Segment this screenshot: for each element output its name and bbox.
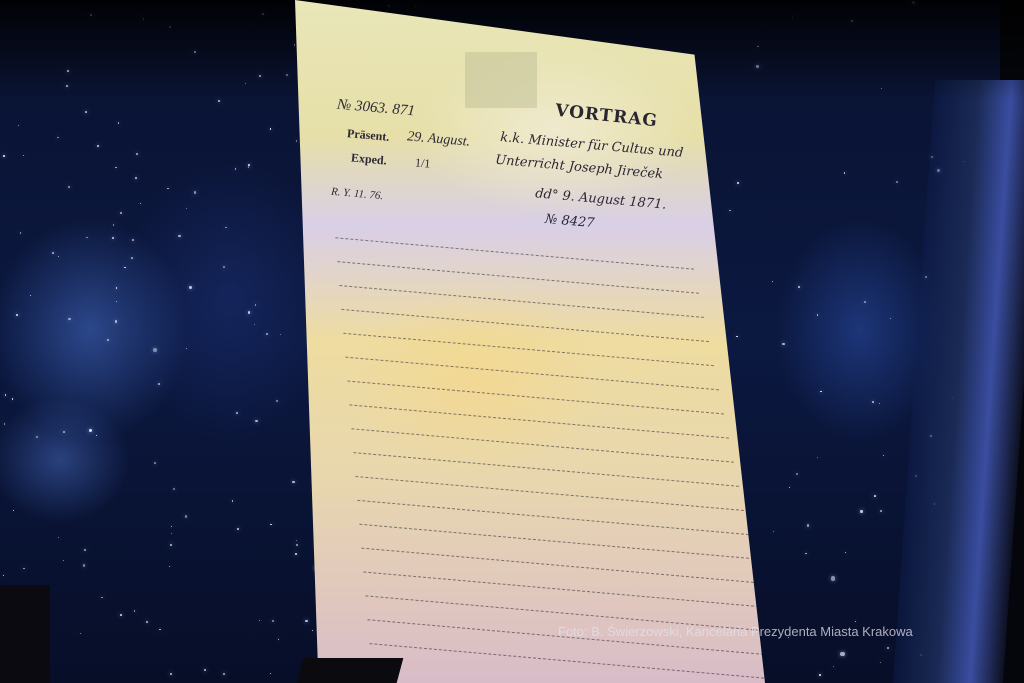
star: [5, 394, 6, 395]
star: [296, 540, 297, 541]
document-number: № 3063. 871: [336, 97, 415, 121]
star: [83, 564, 85, 566]
star: [97, 145, 99, 147]
exped-label: Exped.: [350, 150, 387, 168]
star: [817, 457, 818, 458]
star: [879, 403, 880, 404]
star: [798, 286, 800, 288]
star: [880, 510, 882, 512]
star: [295, 553, 297, 555]
star: [896, 181, 898, 183]
star: [796, 473, 798, 475]
star: [16, 314, 18, 316]
star: [96, 435, 97, 436]
star: [223, 673, 225, 675]
star: [173, 488, 175, 490]
star: [844, 172, 846, 174]
star: [68, 186, 70, 188]
star: [864, 301, 866, 303]
star: [729, 210, 731, 212]
star: [312, 630, 313, 631]
star: [113, 224, 114, 225]
star: [819, 674, 821, 676]
star: [36, 436, 38, 438]
star: [112, 237, 114, 239]
star: [855, 621, 856, 622]
prasent-label: Präsent.: [346, 126, 389, 145]
star: [292, 481, 294, 483]
star: [115, 320, 117, 322]
star: [248, 164, 250, 166]
star: [833, 666, 834, 667]
star: [4, 423, 6, 425]
star: [223, 266, 225, 268]
star: [270, 128, 272, 130]
star: [63, 431, 65, 433]
star: [107, 339, 109, 341]
star: [248, 311, 250, 313]
star: [305, 620, 307, 622]
star: [248, 166, 250, 168]
star: [20, 232, 21, 233]
star: [63, 560, 64, 561]
star: [170, 544, 172, 546]
star: [169, 566, 170, 567]
star: [52, 252, 54, 254]
star: [772, 281, 773, 282]
star: [782, 343, 784, 345]
star: [276, 400, 278, 402]
star: [135, 177, 137, 179]
photo-credit-watermark: Foto: B. Świerzowski, Kancelaria Prezyde…: [558, 624, 913, 639]
star: [817, 314, 818, 315]
star: [296, 140, 297, 141]
star: [146, 621, 148, 623]
podium-silhouette: [297, 658, 404, 683]
star: [232, 500, 234, 502]
star: [270, 673, 271, 674]
star: [255, 304, 257, 306]
star: [153, 348, 157, 352]
star: [887, 647, 889, 649]
stamp-patch: [465, 52, 537, 108]
star: [272, 620, 274, 622]
projected-document: VORTRAG № 3063. 871 Präsent. 29. August.…: [295, 0, 765, 683]
star: [84, 549, 86, 551]
star: [171, 533, 172, 534]
star: [194, 191, 196, 193]
star: [23, 568, 25, 570]
star: [237, 528, 239, 530]
star: [280, 334, 281, 335]
star: [880, 662, 881, 663]
star: [185, 515, 187, 517]
star: [890, 318, 892, 320]
star: [154, 462, 156, 464]
star: [737, 182, 739, 184]
document-title: VORTRAG: [554, 101, 659, 132]
star: [831, 576, 836, 581]
foreground-silhouette: [0, 585, 50, 683]
star: [115, 167, 117, 169]
star: [3, 155, 5, 157]
star: [789, 487, 790, 488]
star: [86, 237, 88, 239]
star: [218, 100, 220, 102]
star: [118, 122, 119, 123]
star: [136, 153, 138, 155]
star: [845, 552, 846, 553]
star: [124, 267, 126, 269]
star: [12, 398, 14, 400]
star: [225, 227, 227, 229]
star: [255, 420, 257, 422]
photo-scene: VORTRAG № 3063. 871 Präsent. 29. August.…: [0, 0, 1024, 683]
star: [270, 524, 271, 525]
star: [68, 318, 70, 320]
star: [30, 295, 31, 296]
date-line: dd° 9. August 1871.: [535, 186, 667, 212]
star: [883, 455, 884, 456]
star: [186, 208, 187, 209]
star: [131, 257, 133, 259]
star: [57, 137, 58, 138]
star: [235, 168, 237, 170]
star: [120, 614, 122, 616]
star: [296, 544, 298, 546]
star: [171, 526, 172, 527]
star: [120, 212, 122, 214]
star: [101, 597, 102, 598]
star: [23, 155, 24, 156]
star: [186, 348, 187, 349]
star: [18, 125, 19, 126]
star: [736, 336, 737, 337]
star: [159, 629, 160, 630]
star: [140, 203, 141, 204]
star: [773, 531, 774, 532]
star: [58, 256, 59, 257]
star: [89, 429, 91, 431]
star: [820, 391, 822, 393]
margin-note: R. Y. 11. 76.: [331, 186, 384, 203]
star: [266, 333, 268, 335]
star: [872, 401, 874, 403]
star: [170, 673, 171, 674]
star: [254, 324, 255, 325]
star: [85, 111, 87, 113]
prasent-value: 29. August.: [406, 129, 470, 150]
star: [132, 239, 134, 241]
star: [189, 286, 191, 288]
star: [178, 235, 180, 237]
exped-value: 1/1: [414, 155, 431, 171]
star: [13, 510, 14, 511]
star: [807, 524, 809, 526]
star: [860, 510, 862, 512]
star: [278, 639, 279, 640]
star: [840, 652, 845, 657]
star: [3, 575, 4, 576]
star: [167, 188, 168, 189]
star: [259, 620, 260, 621]
star: [805, 553, 806, 554]
star: [58, 537, 59, 538]
star: [236, 412, 238, 414]
star: [158, 383, 160, 385]
star: [80, 633, 82, 635]
star: [116, 287, 117, 288]
reference-number: № 8427: [544, 212, 595, 231]
star: [204, 669, 206, 671]
star: [134, 610, 136, 612]
star: [874, 495, 876, 497]
star: [116, 301, 118, 303]
